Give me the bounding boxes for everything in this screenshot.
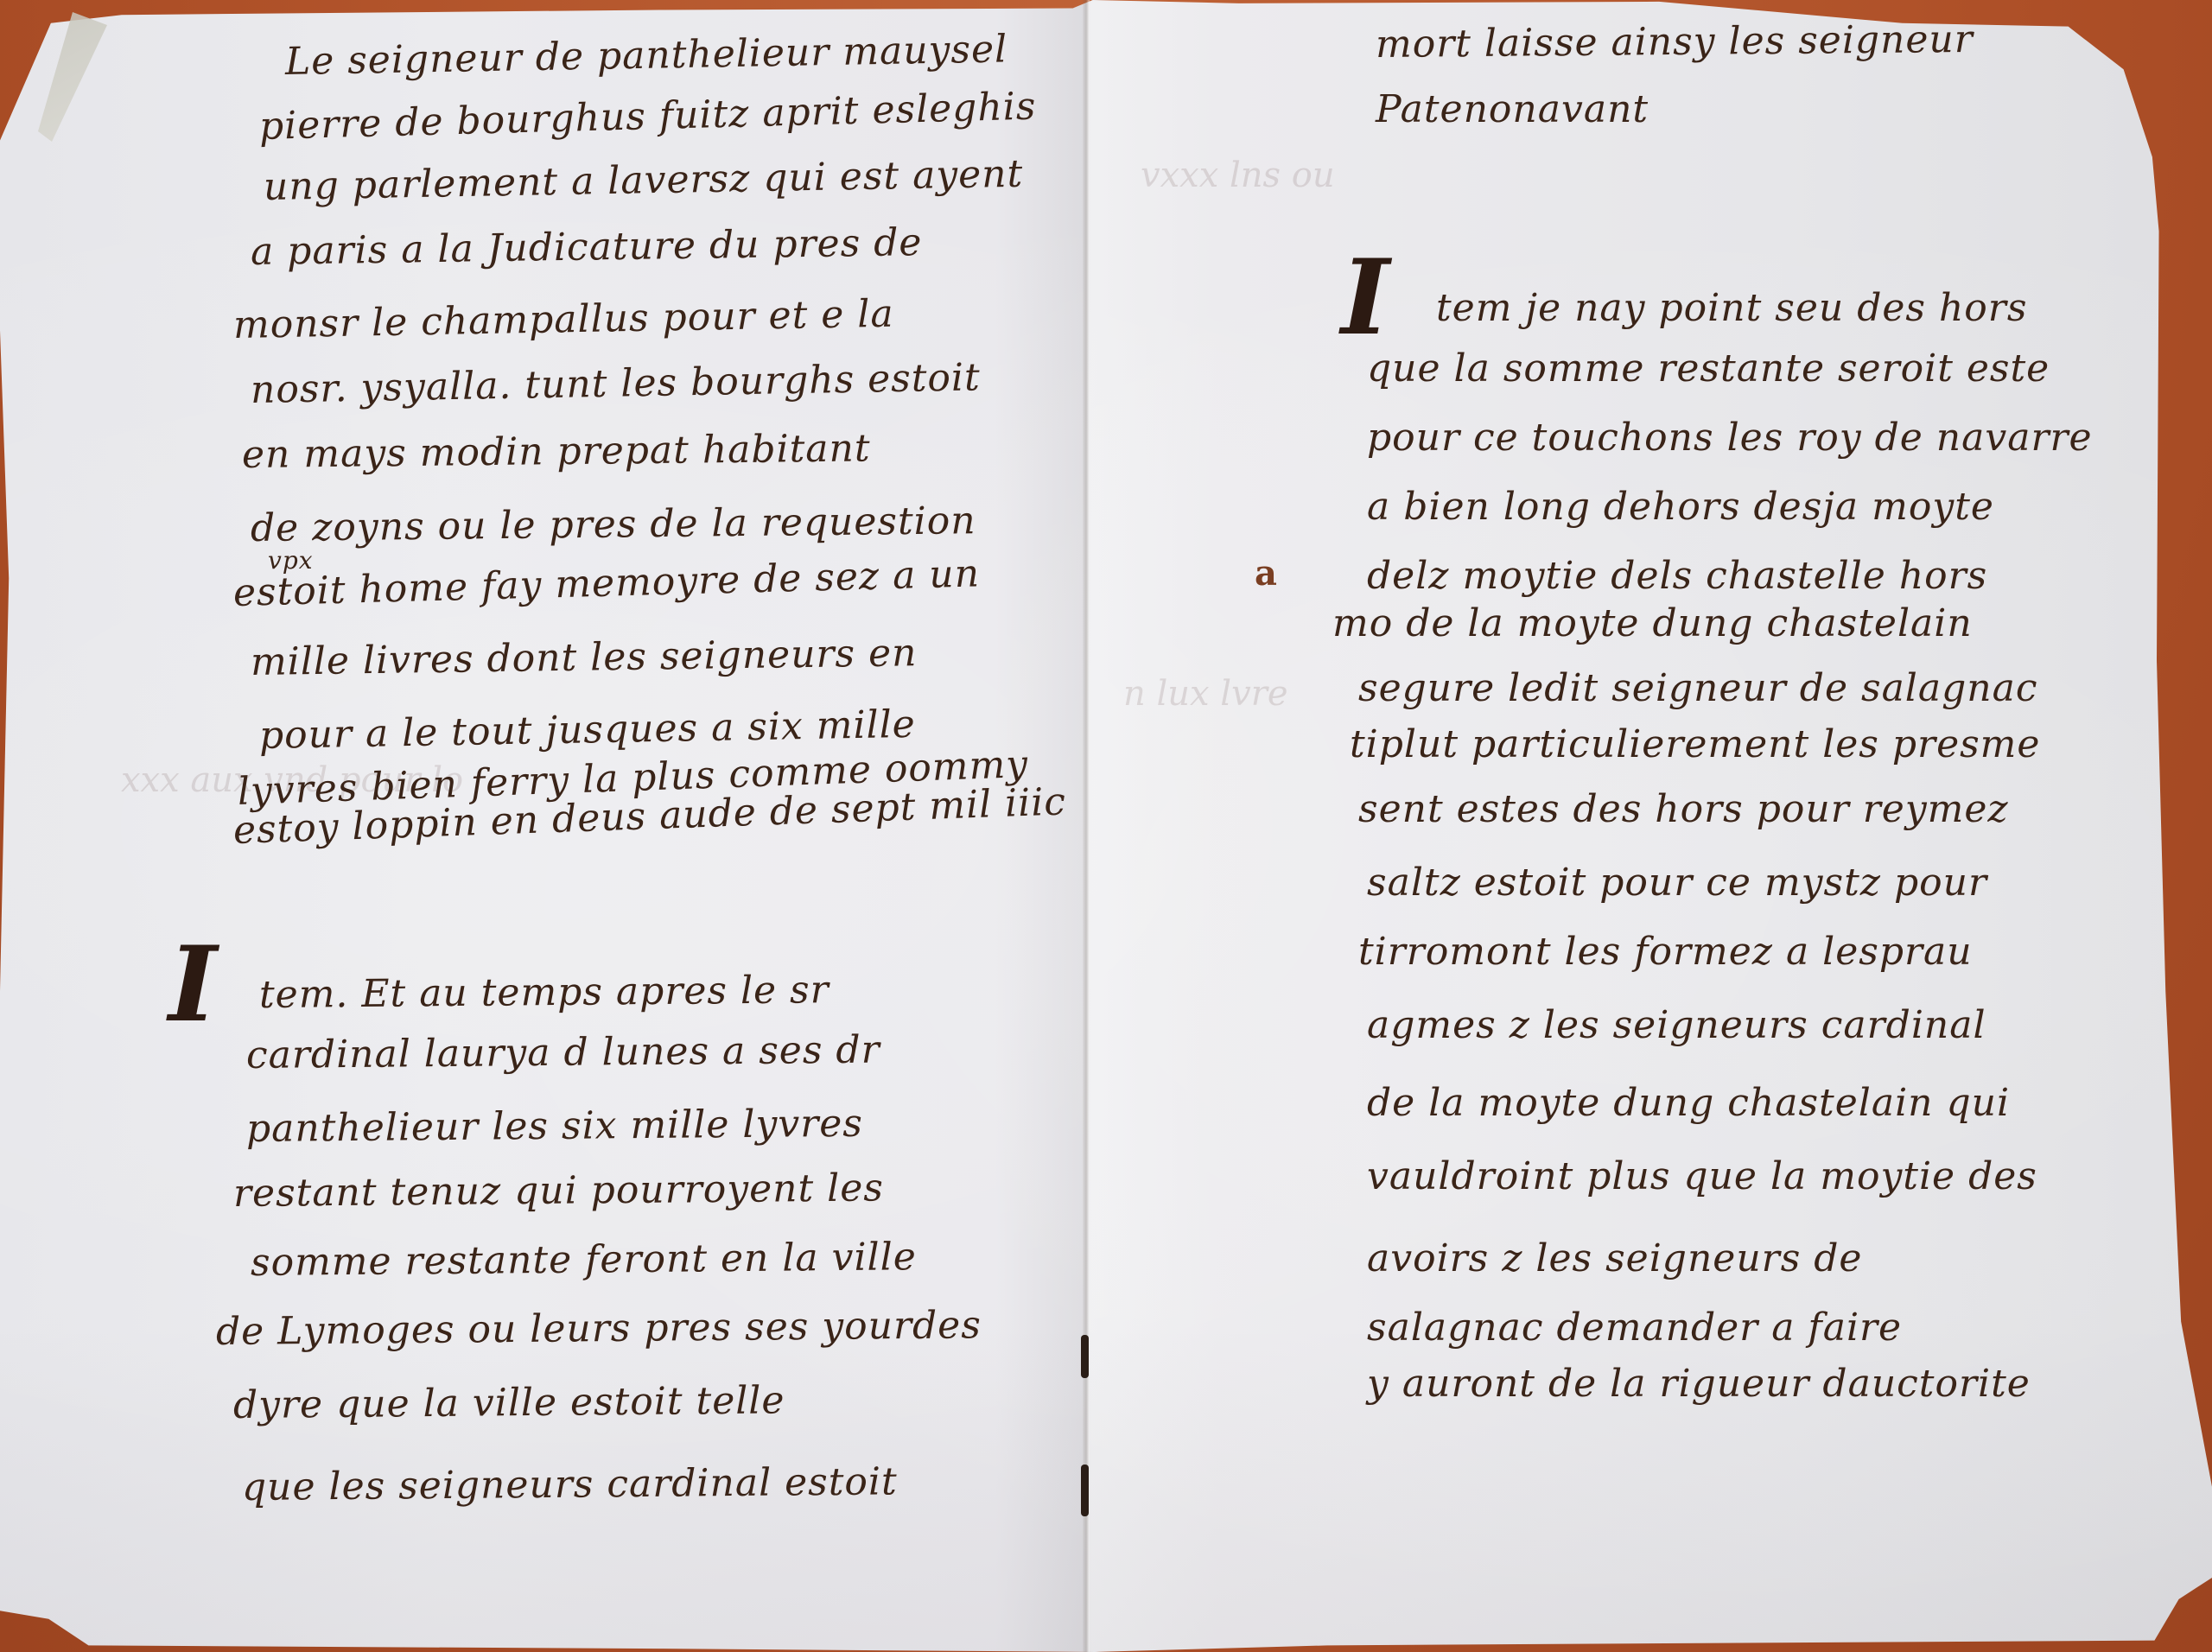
- manuscript-line: Patenonavant: [1376, 91, 1649, 129]
- decorated-initial: I: [1341, 246, 1389, 350]
- right-page: mort laisse ainsy les seigneur Patenonav…: [1090, 0, 2212, 1652]
- manuscript-line: estoit home fay memoyre de sez a un: [232, 555, 980, 613]
- manuscript-line: salagnac demander a faire: [1367, 1309, 1902, 1347]
- manuscript-line: mo de la moyte dung chastelain: [1332, 605, 1973, 643]
- manuscript-line: a bien long dehors desja moyte: [1367, 488, 1994, 526]
- manuscript-line: sent estes des hors pour reymez: [1358, 791, 2009, 829]
- manuscript-line: ung parlement a laversz qui est ayent: [264, 156, 1024, 206]
- manuscript-line: que les seigneurs cardinal estoit: [242, 1463, 898, 1507]
- manuscript-line: panthelieur les six mille lyvres: [246, 1105, 863, 1148]
- manuscript-line: vauldroint plus que la moytie des: [1367, 1158, 2037, 1196]
- interlinear-note: vpx: [268, 549, 314, 573]
- manuscript-line: pour ce touchons les roy de navarre: [1367, 419, 2093, 457]
- manuscript-line: Le seigneur de panthelieur mauysel: [285, 30, 1008, 81]
- manuscript-line: pour a le tout jusques a six mille: [259, 706, 916, 755]
- manuscript-line: de la moyte dung chastelain qui: [1367, 1084, 2010, 1122]
- manuscript-line: en mays modin prepat habitant: [242, 429, 871, 474]
- manuscript-line: somme restante feront en la ville: [251, 1238, 917, 1282]
- manuscript-line: restant tenuz qui pourroyent les: [233, 1169, 884, 1213]
- manuscript-line: nosr. ysyalla. tunt les bourghs estoit: [251, 359, 981, 410]
- manuscript-line: mille livres dont les seigneurs en: [251, 634, 918, 682]
- manuscript-line: avoirs z les seigneurs de: [1367, 1240, 1862, 1278]
- manuscript-line: tem. Et au temps apres le sr: [259, 971, 829, 1014]
- manuscript-line: de Lymoges ou leurs pres ses yourdes: [216, 1306, 982, 1351]
- manuscript-line: tiplut particulierement les presme: [1350, 726, 2040, 764]
- manuscript-line: saltz estoit pour ce mystz pour: [1367, 864, 1987, 902]
- manuscript-line: y auront de la rigueur dauctorite: [1367, 1365, 2031, 1403]
- manuscript-line: mort laisse ainsy les seigneur: [1376, 21, 1974, 64]
- left-page: Le seigneur de panthelieur mauysel pierr…: [0, 0, 1084, 1652]
- manuscript-line: monsr le champallus pour et e la: [233, 295, 894, 345]
- manuscript-line: segure ledit seigneur de salagnac: [1358, 670, 2037, 708]
- manuscript-line: de zoyns ou le pres de la requestion: [251, 502, 976, 548]
- manuscript-line: tem je nay point seu des hors: [1436, 289, 2027, 327]
- manuscript-line: cardinal laurya d lunes a ses dr: [246, 1032, 880, 1075]
- manuscript-line: agmes z les seigneurs cardinal: [1367, 1007, 1986, 1045]
- manuscript-line: a paris a la Judicature du pres de: [251, 224, 923, 271]
- manuscript-line: delz moytie dels chastelle hors: [1367, 557, 1987, 595]
- manuscript-line: pierre de bourghus fuitz aprit esleghis: [258, 87, 1036, 146]
- manuscript-line: que la somme restante seroit este: [1367, 350, 2050, 388]
- decorated-initial: I: [168, 933, 217, 1037]
- manuscript-line: dyre que la ville estoit telle: [233, 1382, 785, 1425]
- manuscript-line: tirromont les formez a lesprau: [1358, 933, 1973, 971]
- margin-mark: a: [1255, 553, 1277, 594]
